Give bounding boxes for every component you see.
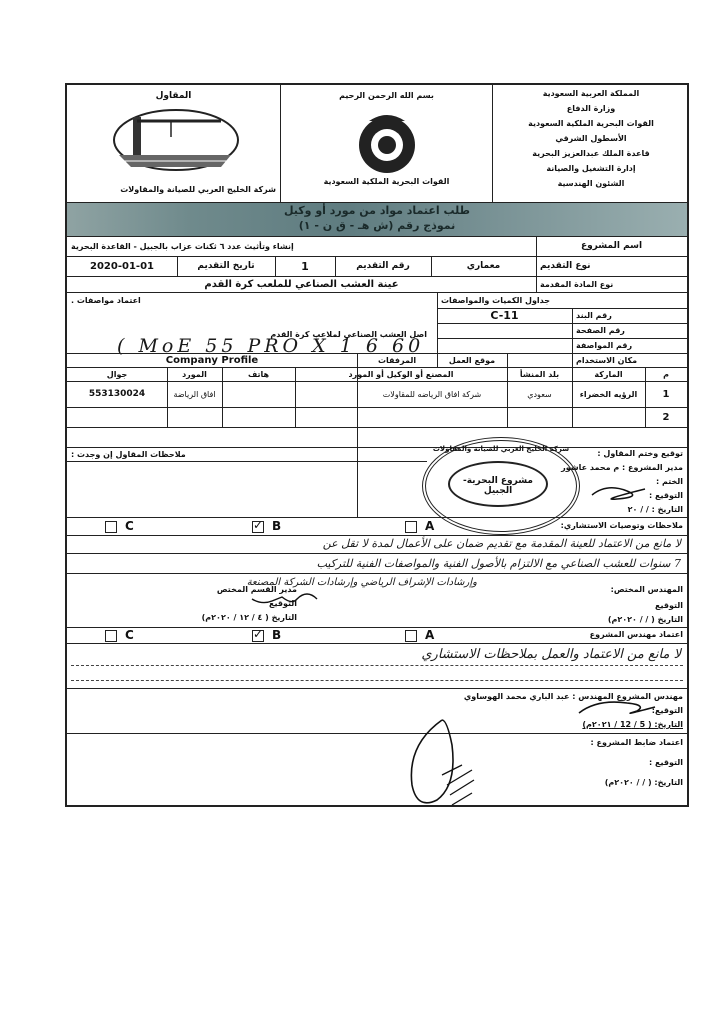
row1-brand: الرؤيه الخضراء xyxy=(572,381,645,407)
dept-date-label: التاريخ ( xyxy=(265,613,297,622)
col-manufacturer-header: المصنع أو الوكيل أو المورد xyxy=(295,367,507,381)
consultant-option-c-checkbox[interactable] xyxy=(105,521,117,533)
page-no-value xyxy=(437,323,572,338)
contractor-label: المقاول xyxy=(67,91,280,101)
contractor-logo-icon xyxy=(111,107,241,173)
col-origin-header: بلد المنشأ xyxy=(507,367,572,381)
engineer-option-b-label: B xyxy=(272,628,281,642)
consultant-option-a-label: A xyxy=(425,519,434,533)
form-title-banner: طلب اعتماد مواد من مورد أو وكيل نموذج رق… xyxy=(67,202,687,236)
authority-line-1: المملكة العربية السعودية xyxy=(493,89,689,98)
submission-type-value: معماري xyxy=(431,256,536,276)
engineer-date-value: 5 / 12 / ٢٠٢١م) xyxy=(582,720,645,729)
authority-header: المملكة العربية السعودية وزارة الدفاع ال… xyxy=(493,85,689,202)
authority-line-6: إدارة التشغيل والصيانة xyxy=(493,164,689,173)
col-supplier-header: المورد xyxy=(167,367,222,381)
submission-date-value: 2020-01-01 xyxy=(67,256,177,276)
submission-no-value: 1 xyxy=(275,256,335,276)
consultant-title: ملاحظات وتوصيات الاستشاري: xyxy=(561,521,683,530)
basmala: بسم الله الرحمن الرحيم xyxy=(281,91,492,100)
contractor-signature-icon xyxy=(587,483,647,503)
row1-phone xyxy=(222,381,295,407)
item-no-value: C-11 xyxy=(437,308,572,323)
officer-signature-label: التوقيع : xyxy=(649,758,683,767)
authority-line-5: قاعدة الملك عبدالعزيز البحرية xyxy=(493,149,689,158)
engineer-signature-icon xyxy=(577,697,657,719)
submission-no-label: رقم التقديم xyxy=(335,256,431,276)
project-manager-label: مدير المشروع : xyxy=(622,463,683,472)
contractor-date-row: التاريخ : / / ٢٠ xyxy=(628,505,683,514)
contractor-header: المقاول شركة الخليج العربي للصيانة والمق… xyxy=(67,85,281,202)
col-no-header: م xyxy=(645,367,687,381)
project-manager-row: مدير المشروع : م محمد عاشور xyxy=(561,463,683,472)
engineer-date-label: التاريخ: ( xyxy=(648,720,683,729)
usage-place-value xyxy=(507,353,572,367)
usage-place-label: مكان الاستخدام xyxy=(572,353,687,367)
page-no-label: رقم الصفحة xyxy=(572,323,687,338)
attachments-label: المرفقات xyxy=(357,353,437,367)
consultant-signature-label: التوقيع xyxy=(655,601,683,610)
emblem-caption: القوات البحرية الملكية السعودية xyxy=(281,177,492,186)
stamp-center-text: مشروع البحرية-الجبيل xyxy=(450,476,546,496)
approve-spec-label: اعتماد مواصفات . xyxy=(67,292,437,308)
attachments-value: Company Profile xyxy=(67,353,357,367)
consultant-date-label: التاريخ ( xyxy=(651,615,683,624)
officer-date-value: / / ٢٠٢٠م) xyxy=(605,778,645,787)
consultant-note-line-1: لا مانع من الاعتماد للعينة المقدمة مع تق… xyxy=(323,537,681,550)
stamp-label: الختم : xyxy=(656,477,683,486)
dept-date-row: التاريخ ( ٤ / ١٢ / ٢٠٢٠م) xyxy=(202,613,297,622)
authority-line-4: الأسطول الشرقي xyxy=(493,134,689,143)
engineer-option-a-label: A xyxy=(425,628,434,642)
project-name-value: إنشاء وتأثيث عدد ٦ ثكنات عزاب بالجبيل - … xyxy=(67,236,536,256)
submission-type-label: نوع التقديم xyxy=(536,256,687,276)
form-number: نموذج رقم (ش هـ - ق ن - ١) xyxy=(67,219,687,232)
col-phone-header: هاتف xyxy=(222,367,295,381)
engineer-option-a-checkbox[interactable] xyxy=(405,630,417,642)
submission-date-label: تاريخ التقديم xyxy=(177,256,275,276)
contractor-date-value: / / ٢٠ xyxy=(628,505,649,514)
row1-no: 1 xyxy=(645,381,687,407)
material-type-label: نوع المادة المقدمة xyxy=(536,276,687,292)
col-mobile-header: جوال xyxy=(67,367,167,381)
consultant-engineer-label: المهندس المختص: xyxy=(611,585,683,594)
row1-mobile: 553130024 xyxy=(67,381,167,407)
dept-manager-signature-icon xyxy=(247,589,322,609)
engineer-option-c-label: C xyxy=(125,628,134,642)
spec-no-value xyxy=(437,338,572,353)
row2-no: 2 xyxy=(645,407,687,427)
col-brand-header: الماركة xyxy=(572,367,645,381)
officer-date-row: التاريخ: ( / / ٢٠٢٠م) xyxy=(605,778,683,787)
authority-line-7: الشئون الهندسية xyxy=(493,179,689,188)
site-label: موقع العمل xyxy=(437,353,507,367)
authority-line-3: القوات البحرية الملكية السعودية xyxy=(493,119,689,128)
engineer-date-row: التاريخ: ( 5 / 12 / ٢٠٢١م) xyxy=(582,720,683,729)
item-no-label: رقم البند xyxy=(572,308,687,323)
specs-table-label: جداول الكميات والمواصفات xyxy=(437,292,687,308)
contractor-notes-label: ملاحظات المقاول إن وجدت : xyxy=(67,447,357,461)
consultant-option-b-checkbox[interactable]: ✓ xyxy=(252,521,264,533)
emblem-header: بسم الله الرحمن الرحيم القوات البحرية ال… xyxy=(281,85,493,202)
project-engineer-title: اعتماد مهندس المشروع xyxy=(590,630,683,639)
project-name-label: اسم المشروع xyxy=(536,236,687,256)
contractor-date-label: التاريخ : xyxy=(652,505,683,514)
consultant-option-a-checkbox[interactable] xyxy=(405,521,417,533)
row1-supplier: افاق الرياضة xyxy=(167,381,222,407)
material-type-value: عينة العشب الصناعي للملعب كرة القدم xyxy=(67,276,536,292)
stamp-ring-text: شركة الخليج العربي للصيانة والمقاولات xyxy=(426,445,576,453)
officer-date-label: التاريخ: ( xyxy=(648,778,683,787)
consultant-date-row: التاريخ ( / / ٢٠٢٠م) xyxy=(608,615,683,624)
engineer-option-c-checkbox[interactable] xyxy=(105,630,117,642)
consultant-note-line-2: 7 سنوات للعشب الصناعي مع الالتزام بالأصو… xyxy=(317,557,681,570)
navy-emblem-icon xyxy=(347,107,427,177)
spec-no-label: رقم المواصفة xyxy=(572,338,687,353)
form-title: طلب اعتماد مواد من مورد أو وكيل xyxy=(67,204,687,217)
consultant-option-b-label: B xyxy=(272,519,281,533)
consultant-date-value: / / ٢٠٢٠م) xyxy=(608,615,648,624)
engineer-handwritten-note: لا مانع من الاعتماد والعمل بملاحظات الاس… xyxy=(421,647,681,662)
engineer-option-b-checkbox[interactable]: ✓ xyxy=(252,630,264,642)
consultant-option-c-label: C xyxy=(125,519,134,533)
project-officer-title: اعتماد ضابط المشروع : xyxy=(591,738,683,747)
officer-signature-icon xyxy=(402,715,492,815)
contractor-sign-title: توقيع وختم المقاول : xyxy=(597,449,683,458)
engineer-name-value: عبد الباري محمد الهوساوي xyxy=(464,692,570,701)
contractor-signature-label: التوقيع : xyxy=(649,491,683,500)
material-approval-form: المقاول شركة الخليج العربي للصيانة والمق… xyxy=(65,83,689,807)
company-stamp: شركة الخليج العربي للصيانة والمقاولات مش… xyxy=(422,437,580,535)
row1-origin: سعودي xyxy=(507,381,572,407)
contractor-company-name: شركة الخليج العربي للصيانة والمقاولات xyxy=(120,185,276,194)
authority-line-2: وزارة الدفاع xyxy=(493,104,689,113)
dept-date-value: ٤ / ١٢ / ٢٠٢٠م) xyxy=(202,613,263,622)
row1-manufacturer: شركة افاق الرياضه للمقاولات xyxy=(357,381,507,407)
